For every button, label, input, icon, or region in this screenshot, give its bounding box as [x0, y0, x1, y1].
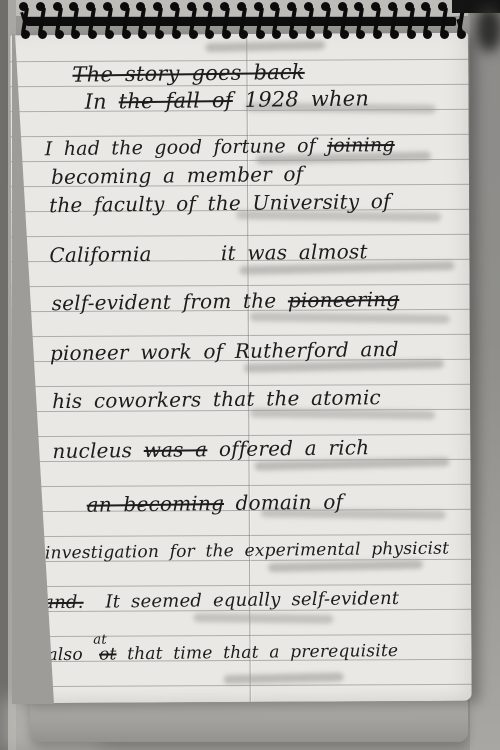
spiral-coil [150, 0, 166, 42]
spiral-coil [335, 0, 351, 42]
struck-text: joining [327, 134, 395, 157]
spiral-coil [133, 0, 149, 42]
handwritten-line: The story goes back [72, 61, 305, 87]
coil-bottom-loop [289, 30, 298, 39]
coil-bottom-loop [239, 30, 248, 39]
ghost-writing-mark [205, 41, 325, 53]
handwritten-line: becoming a member of [51, 163, 304, 188]
spiral-coil [368, 0, 384, 42]
inserted-word: at [93, 633, 107, 648]
struck-text: and. [43, 592, 84, 613]
struck-text: pioneering [288, 287, 400, 312]
spiral-coil [385, 0, 401, 42]
handwritten-line: pioneer work of Rutherford and [50, 338, 399, 364]
coil-bottom-loop [222, 30, 231, 39]
struck-text: the fall of [119, 88, 233, 113]
notepad-backing-pad [30, 701, 468, 742]
handwritten-line: his coworkers that the atomic [52, 386, 381, 412]
spiral-coil [251, 0, 267, 42]
handwritten-line: the faculty of the University of [49, 190, 391, 216]
spiral-coil [418, 0, 434, 42]
handwritten-text: that time that a prerequisite [116, 641, 398, 664]
handwritten-text: I had the good fortune of [45, 135, 328, 160]
background-left-dark-strip [0, 0, 8, 750]
ghost-writing-mark [250, 312, 450, 323]
spiral-coil [267, 0, 283, 42]
coil-bottom-loop [55, 30, 64, 39]
spiral-coil [234, 0, 250, 42]
coil-bottom-loop [440, 30, 449, 39]
handwritten-text: pioneer work of Rutherford and [50, 337, 399, 365]
coil-bottom-loop [340, 30, 349, 39]
coil-bottom-loop [306, 30, 315, 39]
spiral-coil [50, 0, 66, 42]
handwritten-line: also atot that time that a prerequisite [47, 642, 398, 665]
handwritten-text: domain of [224, 490, 343, 515]
spiral-coil [351, 0, 367, 42]
handwritten-line: an becoming domain of [87, 491, 344, 516]
coil-bottom-loop [138, 30, 147, 39]
coil-bottom-loop [356, 30, 365, 39]
background-right-shadow [470, 0, 500, 750]
coil-bottom-loop [373, 30, 382, 39]
handwritten-text: offered a rich [207, 435, 369, 461]
coil-bottom-loop [423, 30, 432, 39]
notebook-photo: The story goes backIn the fall of 1928 w… [0, 0, 500, 750]
spiral-coil [284, 0, 300, 42]
spiral-coil [402, 0, 418, 42]
handwritten-text: his coworkers that the atomic [52, 385, 381, 413]
spiral-coil [200, 0, 216, 42]
coil-bottom-loop [38, 30, 47, 39]
handwritten-text: In [84, 89, 118, 113]
struck-text: an becoming [87, 491, 225, 517]
handwritten-line: nucleus was a offered a rich [52, 436, 369, 462]
coil-bottom-loop [88, 30, 97, 39]
struck-text: was a [144, 437, 208, 462]
ghost-writing-mark [193, 613, 333, 624]
spiral-coil [117, 0, 133, 42]
handwritten-text: also [47, 645, 93, 666]
coil-bottom-loop [155, 30, 164, 39]
handwritten-text: becoming a member of [51, 162, 304, 189]
spiral-coil [16, 0, 32, 42]
coil-bottom-loop [122, 30, 131, 39]
coil-bottom-loop [172, 30, 181, 39]
handwritten-line: I had the good fortune of joining [45, 135, 395, 160]
handwritten-text: It seemed equally self-evident [83, 588, 399, 613]
handwritten-text: California it was almost [49, 239, 368, 267]
shadow-blur [476, 6, 500, 52]
struck-text: The story goes back [72, 60, 305, 87]
spiral-coil [33, 0, 49, 42]
handwritten-line: In the fall of 1928 when [84, 87, 369, 114]
handwritten-text: self-evident from the [52, 288, 289, 315]
spiral-coil [83, 0, 99, 42]
spiral-coil [435, 0, 451, 42]
coil-bottom-loop [189, 30, 198, 39]
handwritten-text: 1928 when [233, 86, 370, 112]
coil-bottom-loop [390, 30, 399, 39]
handwritten-text: the faculty of the University of [49, 189, 391, 217]
notebook-page: The story goes backIn the fall of 1928 w… [10, 33, 471, 703]
spiral-coil [318, 0, 334, 42]
coil-bottom-loop [205, 30, 214, 39]
spiral-coil [167, 0, 183, 42]
handwritten-line: California it was almost [49, 240, 368, 266]
spiral-coil [66, 0, 82, 42]
coil-bottom-loop [105, 30, 114, 39]
spiral-coil [301, 0, 317, 42]
spiral-coil [217, 0, 233, 42]
ghost-writing-mark [224, 672, 344, 684]
coil-bottom-loop [21, 30, 30, 39]
coil-bottom-loop [323, 30, 332, 39]
coil-bottom-loop [407, 30, 416, 39]
handwritten-line: self-evident from the pioneering [52, 288, 400, 314]
ghost-writing-mark [268, 560, 423, 573]
spiral-coil [100, 0, 116, 42]
handwritten-line: and. It seemed equally self-evident [43, 589, 399, 613]
spiral-binding [16, 0, 468, 42]
coil-bottom-loop [256, 30, 265, 39]
spiral-coil [184, 0, 200, 42]
coil-bottom-loop [272, 30, 281, 39]
coil-bottom-loop [457, 30, 466, 39]
coil-bottom-loop [71, 30, 80, 39]
handwritten-text: nucleus [52, 438, 144, 463]
